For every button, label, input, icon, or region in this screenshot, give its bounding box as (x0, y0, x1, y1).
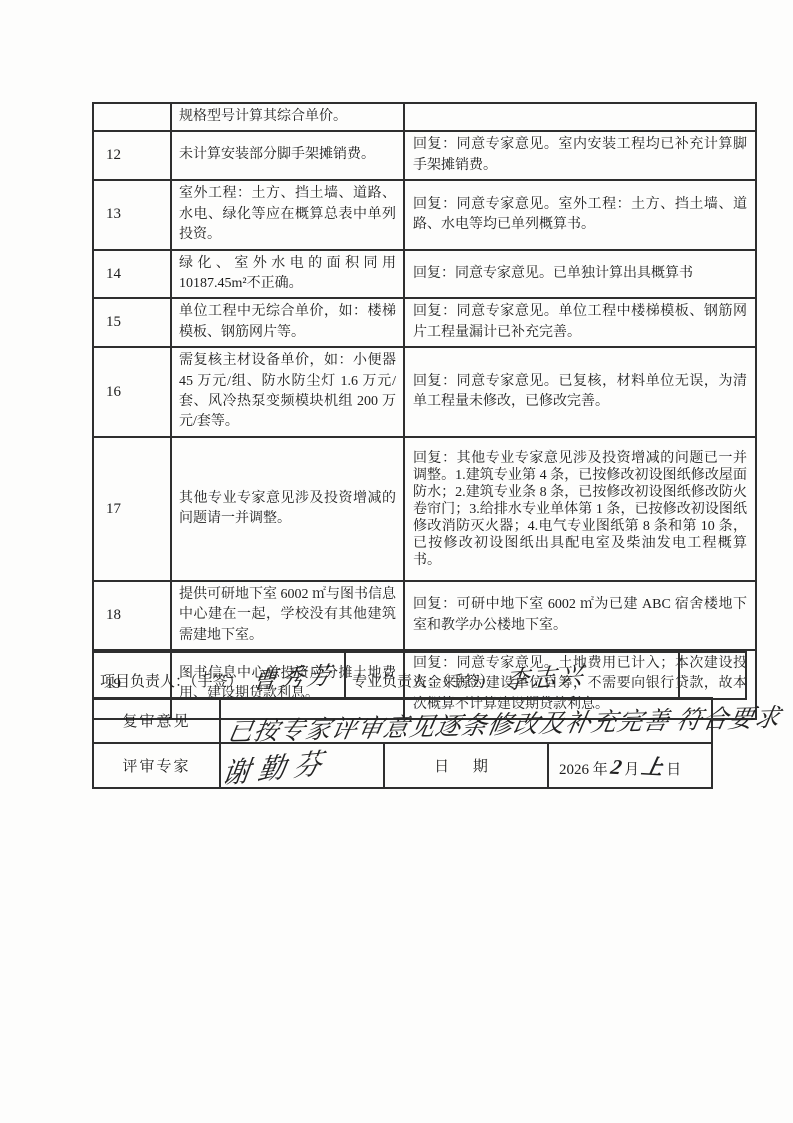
issue-text: 提供可研地下室 6002 ㎡与图书信息中心建在一起，学校没有其他建筑需建地下室。 (171, 581, 404, 650)
reply-text: 回复：同意专家意见。单位工程中楼梯模板、钢筋网片工程量漏计已补充完善。 (404, 298, 756, 347)
professional-leader-signature: 李志兴 (503, 655, 588, 696)
issue-text: 未计算安装部分脚手架摊销费。 (171, 131, 404, 180)
review-opinion-cell (220, 698, 712, 743)
review-table-body: 规格型号计算其综合单价。 12 未计算安装部分脚手架摊销费。 回复：同意专家意见… (93, 103, 756, 719)
table-row: 规格型号计算其综合单价。 (93, 103, 756, 131)
scanned-review-document-page: 规格型号计算其综合单价。 12 未计算安装部分脚手架摊销费。 回复：同意专家意见… (0, 0, 793, 1123)
table-row: 评审专家 日 期 2026 年2月上日 (93, 743, 712, 788)
reply-text (404, 103, 756, 131)
table-row: 14 绿化、室外水电的面积同用10187.45m²不正确。 回复：同意专家意见。… (93, 250, 756, 299)
date-month-label: 月 (624, 762, 639, 778)
review-expert-signature-cell (220, 743, 384, 788)
expert-review-table: 规格型号计算其综合单价。 12 未计算安装部分脚手架摊销费。 回复：同意专家意见… (92, 102, 757, 720)
date-month-handwritten: 2 (608, 754, 623, 779)
professional-leader-cell: 专业负责人：（手签）李志兴 (345, 652, 679, 699)
reply-text: 回复：同意专家意见。已复核，材料单位无误，为清单工程量未修改，已修改完善。 (404, 347, 756, 437)
issue-text: 规格型号计算其综合单价。 (171, 103, 404, 131)
date-value-cell: 2026 年2月上日 (548, 743, 712, 788)
project-leader-cell: 项目负责人：（手签）曹秀芳 (93, 652, 345, 699)
reply-text: 回复：其他专业专家意见涉及投资增减的问题已一并调整。1.建筑专业第 4 条，已按… (404, 437, 756, 581)
table-row: 12 未计算安装部分脚手架摊销费。 回复：同意专家意见。室内安装工程均已补充计算… (93, 131, 756, 180)
date-day-label: 日 (666, 762, 681, 778)
issue-text: 需复核主材设备单价，如：小便器 45 万元/组、防水防尘灯 1.6 万元/套、风… (171, 347, 404, 437)
row-number: 13 (93, 180, 171, 250)
date-day-handwritten: 上 (639, 750, 666, 781)
row-number: 12 (93, 131, 171, 180)
professional-leader-label: 专业负责人：（手签） (352, 674, 495, 690)
row-number (93, 103, 171, 131)
issue-text: 室外工程：土方、挡土墙、道路、水电、绿化等应在概算总表中单列投资。 (171, 180, 404, 250)
review-opinion-label: 复审意见 (93, 698, 220, 743)
table-row: 13 室外工程：土方、挡土墙、道路、水电、绿化等应在概算总表中单列投资。 回复：… (93, 180, 756, 250)
row-number: 18 (93, 581, 171, 650)
table-row: 18 提供可研地下室 6002 ㎡与图书信息中心建在一起，学校没有其他建筑需建地… (93, 581, 756, 650)
row-number: 15 (93, 298, 171, 347)
table-row: 复审意见 (93, 698, 712, 743)
reply-text: 回复：可研中地下室 6002 ㎡为已建 ABC 宿舍楼地下室和教学办公楼地下室。 (404, 581, 756, 650)
row-number: 17 (93, 437, 171, 581)
date-label: 日 期 (384, 743, 548, 788)
issue-text: 绿化、室外水电的面积同用10187.45m²不正确。 (171, 250, 404, 299)
issue-text: 其他专业专家意见涉及投资增减的问题请一并调整。 (171, 437, 404, 581)
reply-text: 回复：同意专家意见。室内安装工程均已补充计算脚手架摊销费。 (404, 131, 756, 180)
project-leader-label: 项目负责人：（手签） (100, 674, 243, 690)
table-row: 17 其他专业专家意见涉及投资增减的问题请一并调整。 回复：其他专业专家意见涉及… (93, 437, 756, 581)
table-row: 项目负责人：（手签）曹秀芳 专业负责人：（手签）李志兴 (93, 652, 746, 699)
table-row: 16 需复核主材设备单价，如：小便器 45 万元/组、防水防尘灯 1.6 万元/… (93, 347, 756, 437)
re-review-section: 复审意见 评审专家 日 期 2026 年2月上日 (92, 697, 713, 789)
project-leader-signature: 曹秀芳 (251, 655, 336, 696)
reply-text: 回复：同意专家意见。已单独计算出具概算书 (404, 250, 756, 299)
row-number: 14 (93, 250, 171, 299)
date-year: 2026 年 (559, 762, 608, 778)
issue-text: 单位工程中无综合单价，如：楼梯模板、钢筋网片等。 (171, 298, 404, 347)
empty-cell (679, 652, 746, 699)
row-number: 16 (93, 347, 171, 437)
table-row: 15 单位工程中无综合单价，如：楼梯模板、钢筋网片等。 回复：同意专家意见。单位… (93, 298, 756, 347)
responsible-signature-row: 项目负责人：（手签）曹秀芳 专业负责人：（手签）李志兴 (92, 651, 747, 700)
review-expert-label: 评审专家 (93, 743, 220, 788)
reply-text: 回复：同意专家意见。室外工程：土方、挡土墙、道路、水电等均已单列概算书。 (404, 180, 756, 250)
